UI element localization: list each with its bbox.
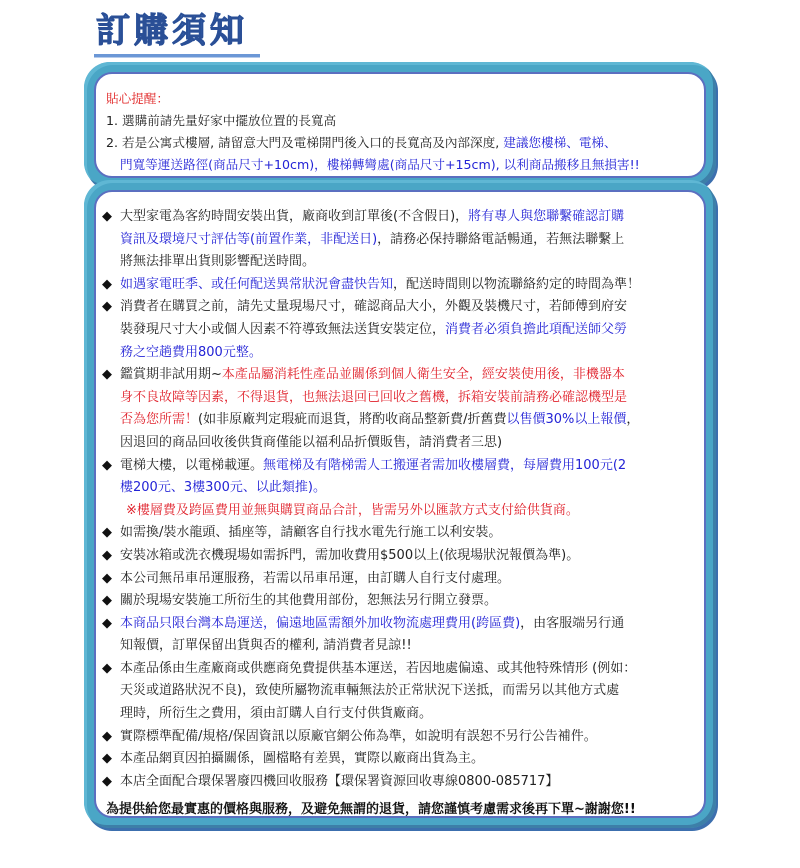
diamond-bullet-icon: ◆ (102, 455, 112, 478)
notes-panel: ◆ 大型家電為客約時間安裝出貨，廠商收到訂單後(不含假日)，將有專人與您聯繫確認… (94, 190, 706, 818)
note-text: 大型家電為客約時間安裝出貨，廠商收到訂單後(不含假日)， (120, 209, 468, 224)
note-item: ◆ 本店全面配合環保署廢四機回收服務【環保署資源回收專線0800-085717】 (102, 771, 700, 794)
note-item: ◆ 安裝冰箱或洗衣機現場如需拆門，需加收費用$500以上(依現場狀況報價為準)。 (102, 545, 700, 568)
note-text: 實際標準配備/規格/保固資訊以原廠官網公佈為準，如說明有誤恕不另行公告補件。 (120, 729, 597, 744)
note-item: ◆ 本公司無吊車吊運服務，若需以吊車吊運，由訂購人自行支付處理。 (102, 568, 700, 591)
note-text: ，配送時間則以物流聯絡約定的時間為準！ (393, 277, 640, 292)
note-item: ◆ 如需換/裝水龍頭、插座等，請顧客自行找水電先行施工以利安裝。 (102, 522, 700, 545)
note-text: 消費者在購買之前，請先丈量現場尺寸，確認商品大小，外觀及裝機尺寸，若師傅到府安 (120, 299, 627, 314)
note-warning: 否為您所需！ (120, 412, 198, 427)
diamond-bullet-icon: ◆ (102, 568, 112, 591)
note-text: 本產品係由生產廠商或供應商免費提供基本運送，若因地處偏遠、或其他特殊情形 (例如… (120, 661, 636, 676)
note-highlight: 無電梯及有階梯需人工搬運者需加收樓層費，每層費用100元(2 (263, 458, 626, 473)
note-item: ◆ 電梯大樓，以電梯載運。無電梯及有階梯需人工搬運者需加收樓層費，每層費用100… (102, 455, 700, 523)
note-item: ◆ 實際標準配備/規格/保固資訊以原廠官網公佈為準，如說明有誤恕不另行公告補件。 (102, 726, 700, 749)
note-warning: 本產品屬消耗性產品並關係到個人衛生安全，經安裝使用後，非機器本 (222, 367, 625, 382)
note-highlight: 如遇家電旺季、或任何配送異常狀況會盡快告知 (120, 277, 393, 292)
note-text: ，由客服端另行通 (520, 616, 624, 631)
diamond-bullet-icon: ◆ (102, 748, 112, 771)
note-item: ◆ 本產品網頁因拍攝關係，圖檔略有差異，實際以廠商出貨為主。 (102, 748, 700, 771)
tips-item-2: 2. 若是公寓式樓層, 請留意大門及電梯開門後入口的長寬高及內部深度, 建議您樓… (106, 132, 704, 154)
diamond-bullet-icon: ◆ (102, 206, 112, 229)
diamond-bullet-icon: ◆ (102, 522, 112, 545)
note-text: 知報價，訂單保留出貨與否的權利, 請消費者見諒!! (120, 638, 412, 653)
note-highlight: 本商品只限台灣本島運送，偏遠地區需額外加收物流處理費用(跨區費) (120, 616, 520, 631)
tips-heading: 貼心提醒： (106, 88, 704, 110)
diamond-bullet-icon: ◆ (102, 658, 112, 681)
note-warning: ※樓層費及跨區費用並無與購買商品合計，皆需另外以匯款方式支付給供貨商。 (126, 503, 579, 518)
note-text: 本公司無吊車吊運服務，若需以吊車吊運，由訂購人自行支付處理。 (120, 571, 510, 586)
diamond-bullet-icon: ◆ (102, 274, 112, 297)
diamond-bullet-icon: ◆ (102, 726, 112, 749)
note-text: ， (626, 412, 639, 427)
note-item: ◆ 本商品只限台灣本島運送，偏遠地區需額外加收物流處理費用(跨區費)，由客服端另… (102, 613, 700, 658)
page-title-block: 訂購須知 (96, 12, 262, 58)
tips-item-2-continued: 門寬等運送路徑(商品尺寸+10cm)，樓梯轉彎處(商品尺寸+15cm), 以利商… (106, 154, 704, 176)
note-text: 本店全面配合環保署廢四機回收服務【環保署資源回收專線0800-085717】 (120, 774, 558, 789)
note-text: 關於現場安裝施工所衍生的其他費用部份，恕無法另行開立發票。 (120, 593, 497, 608)
note-text: 如需換/裝水龍頭、插座等，請顧客自行找水電先行施工以利安裝。 (120, 525, 501, 540)
tips-item-2-highlight: 建議您樓梯、電梯、 (503, 135, 616, 150)
note-text: 因退回的商品回收後供貨商僅能以福利品折價販售，請消費者三思) (120, 435, 502, 450)
note-highlight: 務之空趟費用800元整。 (120, 345, 262, 360)
note-highlight: 樓200元、3樓300元、以此類推)。 (120, 480, 326, 495)
note-highlight: 資訊及環境尺寸評估等(前置作業，非配送日) (120, 232, 377, 247)
note-text: 安裝冰箱或洗衣機現場如需拆門，需加收費用$500以上(依現場狀況報價為準)。 (120, 548, 579, 563)
diamond-bullet-icon: ◆ (102, 364, 112, 387)
diamond-bullet-icon: ◆ (102, 590, 112, 613)
diamond-bullet-icon: ◆ (102, 771, 112, 794)
notes-list: ◆ 大型家電為客約時間安裝出貨，廠商收到訂單後(不含假日)，將有專人與您聯繫確認… (96, 192, 704, 822)
title-underline (94, 54, 260, 58)
note-text: ，請務必保持聯絡電話暢通，若無法聯繫上 (377, 232, 624, 247)
note-warning: 身不良故障等因素，不得退貨，也無法退回已回收之舊機，拆箱安裝前請務必確認機型是 (120, 390, 627, 405)
note-text: 天災或道路狀況不良)，致使所屬物流車輛無法於正常狀況下送抵，而需另以其他方式處 (120, 683, 619, 698)
note-item: ◆ 鑑賞期非試用期~本產品屬消耗性產品並關係到個人衛生安全，經安裝使用後，非機器… (102, 364, 700, 454)
note-text: 理時，所衍生之費用，須由訂購人自行支付供貨廠商。 (120, 706, 432, 721)
tips-item-1: 1. 選購前請先量好家中擺放位置的長寬高 (106, 110, 704, 132)
note-highlight: 消費者必須負擔此項配送師父勞 (445, 322, 627, 337)
note-text: 裝發現尺寸大小或個人因素不符導致無法送貨安裝定位， (120, 322, 445, 337)
note-text: 本產品網頁因拍攝關係，圖檔略有差異，實際以廠商出貨為主。 (120, 751, 484, 766)
note-highlight: 以售價30%以上報價 (506, 412, 626, 427)
note-text: 將無法排單出貨則影響配送時間。 (120, 254, 315, 269)
closing-note: 為提供給您最實惠的價格與服務，及避免無謂的退貨，請您謹慎考慮需求後再下單~謝謝您… (102, 799, 700, 822)
note-item: ◆ 消費者在購買之前，請先丈量現場尺寸，確認商品大小，外觀及裝機尺寸，若師傅到府… (102, 296, 700, 364)
note-text: 鑑賞期非試用期~ (120, 367, 222, 382)
note-item: ◆ 大型家電為客約時間安裝出貨，廠商收到訂單後(不含假日)，將有專人與您聯繫確認… (102, 206, 700, 274)
page-title: 訂購須知 (96, 12, 262, 50)
note-text: (如非原廠判定瑕疵而退貨，將酌收商品整新費/折舊費 (198, 412, 506, 427)
diamond-bullet-icon: ◆ (102, 545, 112, 568)
diamond-bullet-icon: ◆ (102, 613, 112, 636)
diamond-bullet-icon: ◆ (102, 296, 112, 319)
note-highlight: 將有專人與您聯繫確認訂購 (468, 209, 624, 224)
note-item: ◆ 關於現場安裝施工所衍生的其他費用部份，恕無法另行開立發票。 (102, 590, 700, 613)
tips-content: 貼心提醒： 1. 選購前請先量好家中擺放位置的長寬高 2. 若是公寓式樓層, 請… (96, 74, 704, 176)
note-item: ◆ 如遇家電旺季、或任何配送異常狀況會盡快告知，配送時間則以物流聯絡約定的時間為… (102, 274, 700, 297)
notes-frame: ◆ 大型家電為客約時間安裝出貨，廠商收到訂單後(不含假日)，將有專人與您聯繫確認… (84, 180, 716, 828)
tips-item-2-text: 2. 若是公寓式樓層, 請留意大門及電梯開門後入口的長寬高及內部深度, (106, 135, 503, 150)
note-item: ◆ 本產品係由生產廠商或供應商免費提供基本運送，若因地處偏遠、或其他特殊情形 (… (102, 658, 700, 726)
tips-panel: 貼心提醒： 1. 選購前請先量好家中擺放位置的長寬高 2. 若是公寓式樓層, 請… (94, 72, 706, 178)
tips-frame: 貼心提醒： 1. 選購前請先量好家中擺放位置的長寬高 2. 若是公寓式樓層, 請… (84, 62, 716, 188)
note-text: 電梯大樓，以電梯載運。 (120, 458, 263, 473)
